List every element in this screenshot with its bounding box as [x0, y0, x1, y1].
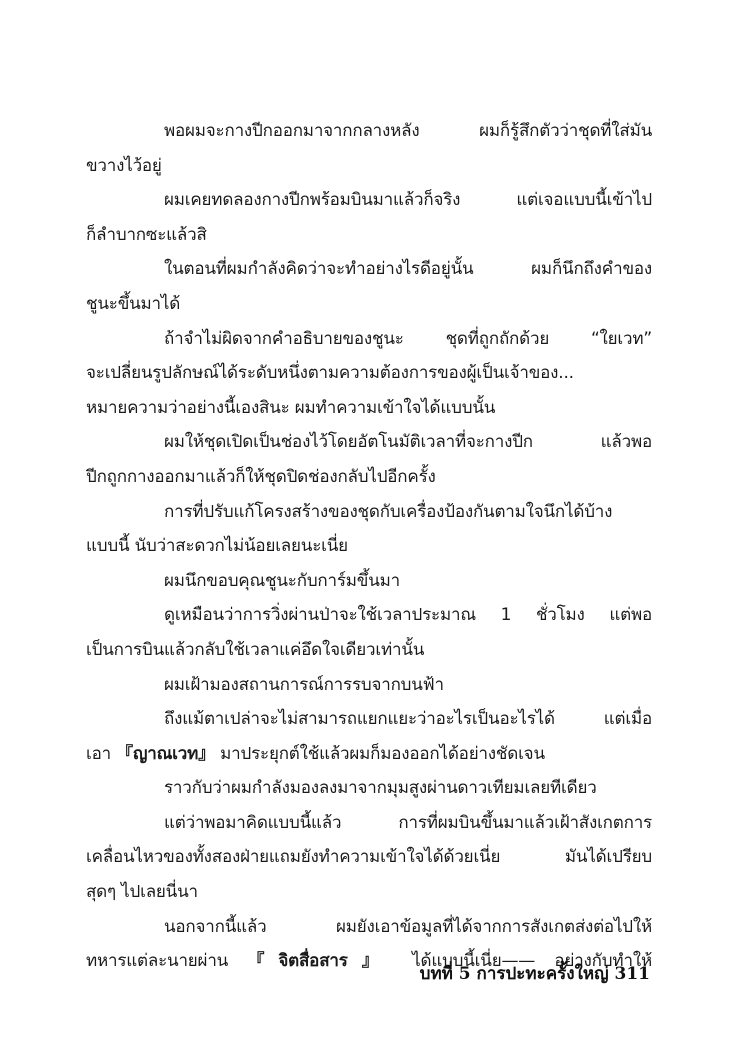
text-line: การที่ปรับแก้โครงสร้างของชุดกับเครื่องป้…: [86, 495, 652, 530]
text-line: เป็นการบินแล้วกลับใช้เวลาแค่อึดใจเดียวเท…: [86, 633, 652, 668]
text-line: ผมเคยทดลองกางปีกพร้อมบินมาแล้วก็จริง แต่…: [86, 183, 652, 218]
text-line: ก็ลำบากซะแล้วสิ: [86, 218, 652, 253]
text-line: ชูนะขึ้นมาได้: [86, 287, 652, 322]
text-segment: มาประยุกต์ใช้แล้วผมก็มองออกได้อย่างชัดเจ…: [215, 744, 545, 764]
text-line: ดูเหมือนว่าการวิ่งผ่านป่าจะใช้เวลาประมาณ…: [86, 598, 652, 633]
text-line: ถึงแม้ตาเปล่าจะไม่สามารถแยกแยะว่าอะไรเป็…: [86, 702, 652, 737]
text-line: พอผมจะกางปีกออกมาจากกลางหลัง ผมก็รู้สึกต…: [86, 114, 652, 149]
text-line: ผมให้ชุดเปิดเป็นช่องไว้โดยอัตโนมัติเวลาท…: [86, 425, 652, 460]
text-line: ราวกับว่าผมกำลังมองลงมาจากมุมสูงผ่านดาวเ…: [86, 771, 652, 806]
skill-name-emphasis: 『ญาณเวท』: [116, 744, 215, 764]
text-line: ผมเฝ้ามองสถานการณ์การรบจากบนฟ้า: [86, 668, 652, 703]
page-number: 311: [615, 964, 651, 984]
text-line: เคลื่อนไหวของทั้งสองฝ่ายแถมยังทำความเข้า…: [86, 840, 652, 875]
skill-name-emphasis: 『จิตสื่อสาร』: [247, 951, 392, 971]
text-line: ในตอนที่ผมกำลังคิดว่าจะทำอย่างไรดีอยู่นั…: [86, 252, 652, 287]
text-line: ผมนึกขอบคุณชูนะกับการ์มขึ้นมา: [86, 564, 652, 599]
text-line: นอกจากนี้แล้ว ผมยังเอาข้อมูลที่ได้จากการ…: [86, 910, 652, 945]
text-line: ขวางไว้อยู่: [86, 149, 652, 184]
text-line: จะเปลี่ยนรูปลักษณ์ได้ระดับหนึ่งตามความต้…: [86, 356, 652, 391]
chapter-title: บทที่ 5 การปะทะครั้งใหญ่: [420, 964, 609, 984]
text-line: แบบนี้ นับว่าสะดวกไม่น้อยเลยนะเนี่ย: [86, 529, 652, 564]
text-line: สุดๆ ไปเลยนี่นา: [86, 875, 652, 910]
text-line: ปีกถูกกางออกมาแล้วก็ให้ชุดปิดช่องกลับไปอ…: [86, 460, 652, 495]
page-footer: บทที่ 5 การปะทะครั้งใหญ่ 311: [420, 960, 650, 987]
text-segment: ทหารแต่ละนายผ่าน: [86, 951, 247, 971]
body-text: พอผมจะกางปีกออกมาจากกลางหลัง ผมก็รู้สึกต…: [86, 114, 652, 979]
text-line: หมายความว่าอย่างนี้เองสินะ ผมทำความเข้าใ…: [86, 391, 652, 426]
text-segment: เอา: [86, 744, 116, 764]
text-line: เอา 『ญาณเวท』 มาประยุกต์ใช้แล้วผมก็มองออก…: [86, 737, 652, 772]
text-line: แต่ว่าพอมาคิดแบบนี้แล้ว การที่ผมบินขึ้นม…: [86, 806, 652, 841]
text-line: ถ้าจำไม่ผิดจากคำอธิบายของชูนะ ชุดที่ถูกถ…: [86, 322, 652, 357]
book-page: พอผมจะกางปีกออกมาจากกลางหลัง ผมก็รู้สึกต…: [0, 0, 738, 1051]
